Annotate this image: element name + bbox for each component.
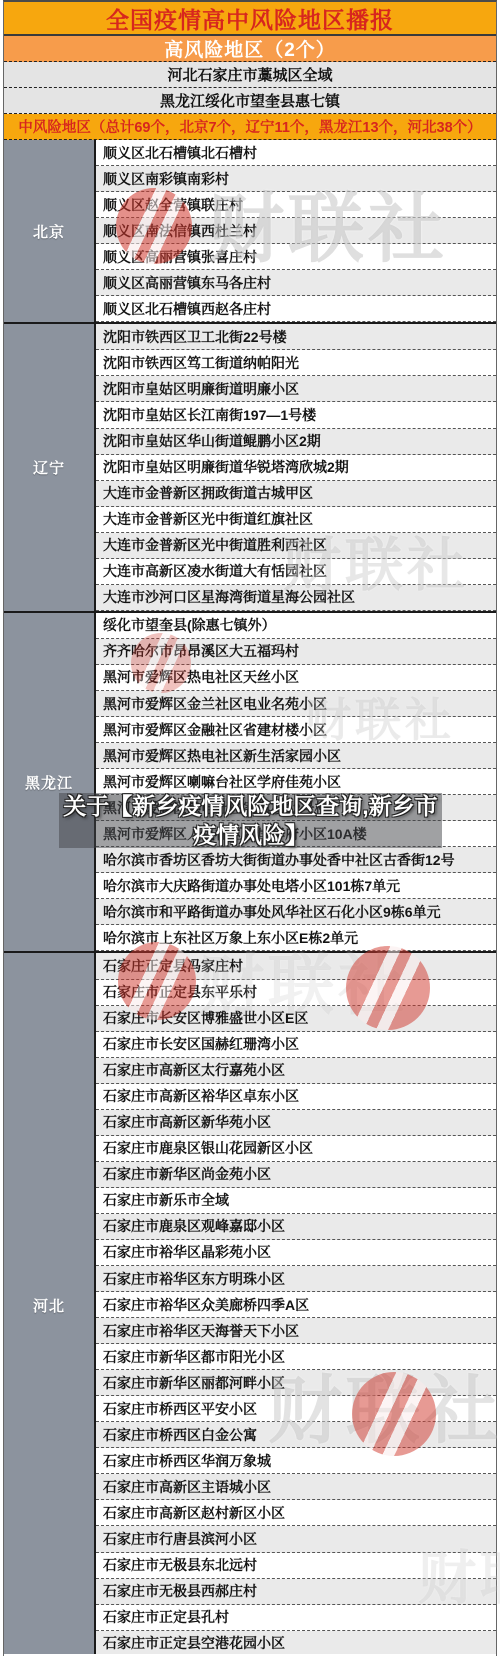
province-label: 河北 (4, 953, 96, 1654)
area-row: 大连市高新区凌水街道大有恬园社区 (96, 559, 496, 585)
area-row: 齐齐哈尔市昂昂溪区大五福玛村 (96, 639, 496, 665)
area-row: 石家庄市裕华区天海誉天下小区 (96, 1318, 496, 1344)
province-rows: 沈阳市铁西区卫工北街22号楼沈阳市铁西区笃工街道纳帕阳光沈阳市皇姑区明廉街道明廉… (96, 324, 496, 611)
area-row: 沈阳市皇姑区明廉街道华锐塔湾欣城2期 (96, 455, 496, 481)
medium-risk-banner: 中风险地区（总计69个，北京7个，辽宁11个，黑龙江13个，河北38个） (4, 114, 496, 140)
area-row: 沈阳市铁西区笃工街道纳帕阳光 (96, 350, 496, 376)
area-row: 石家庄市鹿泉区观峰嘉邸小区 (96, 1214, 496, 1240)
province-label: 黑龙江 (4, 613, 96, 952)
high-risk-banner: 高风险地区（2个） (4, 36, 496, 62)
area-row: 大连市沙河口区星海湾街道星海公园社区 (96, 585, 496, 611)
risk-table: 北京顺义区北石槽镇北石槽村顺义区南彩镇南彩村顺义区赵全营镇联庄村顺义区南法信镇西… (4, 140, 496, 1654)
high-risk-area-row: 河北石家庄市藁城区全域 (4, 62, 496, 88)
area-row: 沈阳市皇姑区明廉街道明廉小区 (96, 376, 496, 402)
area-row: 石家庄市行唐县滨河小区 (96, 1526, 496, 1552)
area-row: 黑河市爱辉区热电社区新生活家园小区 (96, 743, 496, 769)
area-row: 石家庄市裕华区众美廊桥四季A区 (96, 1292, 496, 1318)
area-row: 沈阳市皇姑区长江南街197—1号楼 (96, 402, 496, 428)
page-title: 全国疫情高中风险地区播报 (4, 2, 496, 36)
area-row: 大连市金普新区拥政街道古城甲区 (96, 481, 496, 507)
area-row: 沈阳市皇姑区华山街道鲲鹏小区2期 (96, 429, 496, 455)
area-row: 石家庄市无极县西郝庄村 (96, 1579, 496, 1605)
province-label: 北京 (4, 140, 96, 322)
area-row: 黑河市爱辉区热电社区天丝小区 (96, 665, 496, 691)
area-row: 顺义区北石槽镇西赵各庄村 (96, 296, 496, 322)
area-row: 哈尔滨市大庆路街道办事处电塔小区101栋7单元 (96, 873, 496, 899)
area-row: 石家庄市正定县孔村 (96, 1605, 496, 1631)
area-row: 哈尔滨市和平路街道办事处风华社区石化小区9栋6单元 (96, 899, 496, 925)
caption-line-2: 疫情风险】 (193, 821, 308, 850)
area-row: 石家庄市桥西区白金公寓 (96, 1422, 496, 1448)
area-row: 石家庄市鹿泉区银山花园新区小区 (96, 1136, 496, 1162)
high-risk-area-row: 黑龙江绥化市望奎县惠七镇 (4, 88, 496, 114)
area-row: 石家庄市长安区国赫红珊湾小区 (96, 1032, 496, 1058)
area-row: 顺义区南彩镇南彩村 (96, 166, 496, 192)
area-row: 哈尔滨市上东社区万象上东小区E栋2单元 (96, 925, 496, 951)
province-label: 辽宁 (4, 324, 96, 611)
area-row: 石家庄市裕华区东方明珠小区 (96, 1266, 496, 1292)
province-rows: 顺义区北石槽镇北石槽村顺义区南彩镇南彩村顺义区赵全营镇联庄村顺义区南法信镇西杜兰… (96, 140, 496, 322)
area-row: 黑河市爱辉区金兰社区电业名苑小区 (96, 691, 496, 717)
infographic-canvas: 全国疫情高中风险地区播报 高风险地区（2个） 河北石家庄市藁城区全域 黑龙江绥化… (0, 0, 500, 1656)
province-rows: 石家庄正定县冯家庄村石家庄市正定县东平乐村石家庄市长安区博雅盛世小区E区石家庄市… (96, 953, 496, 1654)
area-row: 石家庄正定县冯家庄村 (96, 953, 496, 979)
area-row: 绥化市望奎县(除惠七镇外） (96, 613, 496, 639)
area-row: 石家庄市高新区主语城小区 (96, 1474, 496, 1500)
area-row: 大连市金普新区光中街道红旗社区 (96, 507, 496, 533)
area-row: 黑河市爱辉区金融社区省建材楼小区 (96, 717, 496, 743)
area-row: 顺义区高丽营镇东马各庄村 (96, 270, 496, 296)
area-row: 沈阳市铁西区卫工北街22号楼 (96, 324, 496, 350)
area-row: 顺义区赵全营镇联庄村 (96, 192, 496, 218)
caption-line-1: 关于【新乡疫情风险地区查询,新乡市 (63, 792, 437, 821)
area-row: 哈尔滨市香坊区香坊大街街道办事处香中社区古香街12号 (96, 847, 496, 873)
area-row: 大连市金普新区光中街道胜利西社区 (96, 533, 496, 559)
province-rows: 绥化市望奎县(除惠七镇外）齐齐哈尔市昂昂溪区大五福玛村黑河市爱辉区热电社区天丝小… (96, 613, 496, 952)
area-row: 石家庄市桥西区华润万象城 (96, 1448, 496, 1474)
province-section: 河北石家庄正定县冯家庄村石家庄市正定县东平乐村石家庄市长安区博雅盛世小区E区石家… (4, 951, 496, 1654)
area-row: 石家庄市正定县东平乐村 (96, 980, 496, 1006)
area-row: 顺义区北石槽镇北石槽村 (96, 140, 496, 166)
area-row: 石家庄市新华区尚金苑小区 (96, 1162, 496, 1188)
area-row: 石家庄市高新区赵村新区小区 (96, 1500, 496, 1526)
area-row: 石家庄市新华区丽都河畔小区 (96, 1370, 496, 1396)
area-row: 石家庄市无极县东北远村 (96, 1553, 496, 1579)
province-section: 辽宁沈阳市铁西区卫工北街22号楼沈阳市铁西区笃工街道纳帕阳光沈阳市皇姑区明廉街道… (4, 322, 496, 611)
area-row: 顺义区高丽营镇张喜庄村 (96, 244, 496, 270)
area-row: 石家庄市正定县空港花园小区 (96, 1631, 496, 1654)
area-row: 石家庄市长安区博雅盛世小区E区 (96, 1006, 496, 1032)
province-section: 黑龙江绥化市望奎县(除惠七镇外）齐齐哈尔市昂昂溪区大五福玛村黑河市爱辉区热电社区… (4, 611, 496, 952)
area-row: 石家庄市裕华区晶彩苑小区 (96, 1240, 496, 1266)
area-row: 石家庄市高新区裕华区卓东小区 (96, 1084, 496, 1110)
area-row: 石家庄市桥西区平安小区 (96, 1396, 496, 1422)
province-section: 北京顺义区北石槽镇北石槽村顺义区南彩镇南彩村顺义区赵全营镇联庄村顺义区南法信镇西… (4, 140, 496, 322)
area-row: 石家庄市高新区新华苑小区 (96, 1110, 496, 1136)
caption-overlay: 关于【新乡疫情风险地区查询,新乡市 疫情风险】 (59, 793, 442, 848)
area-row: 石家庄市新乐市全域 (96, 1188, 496, 1214)
area-row: 石家庄市高新区太行嘉苑小区 (96, 1058, 496, 1084)
area-row: 石家庄市新华区都市阳光小区 (96, 1344, 496, 1370)
area-row: 顺义区南法信镇西杜兰村 (96, 218, 496, 244)
